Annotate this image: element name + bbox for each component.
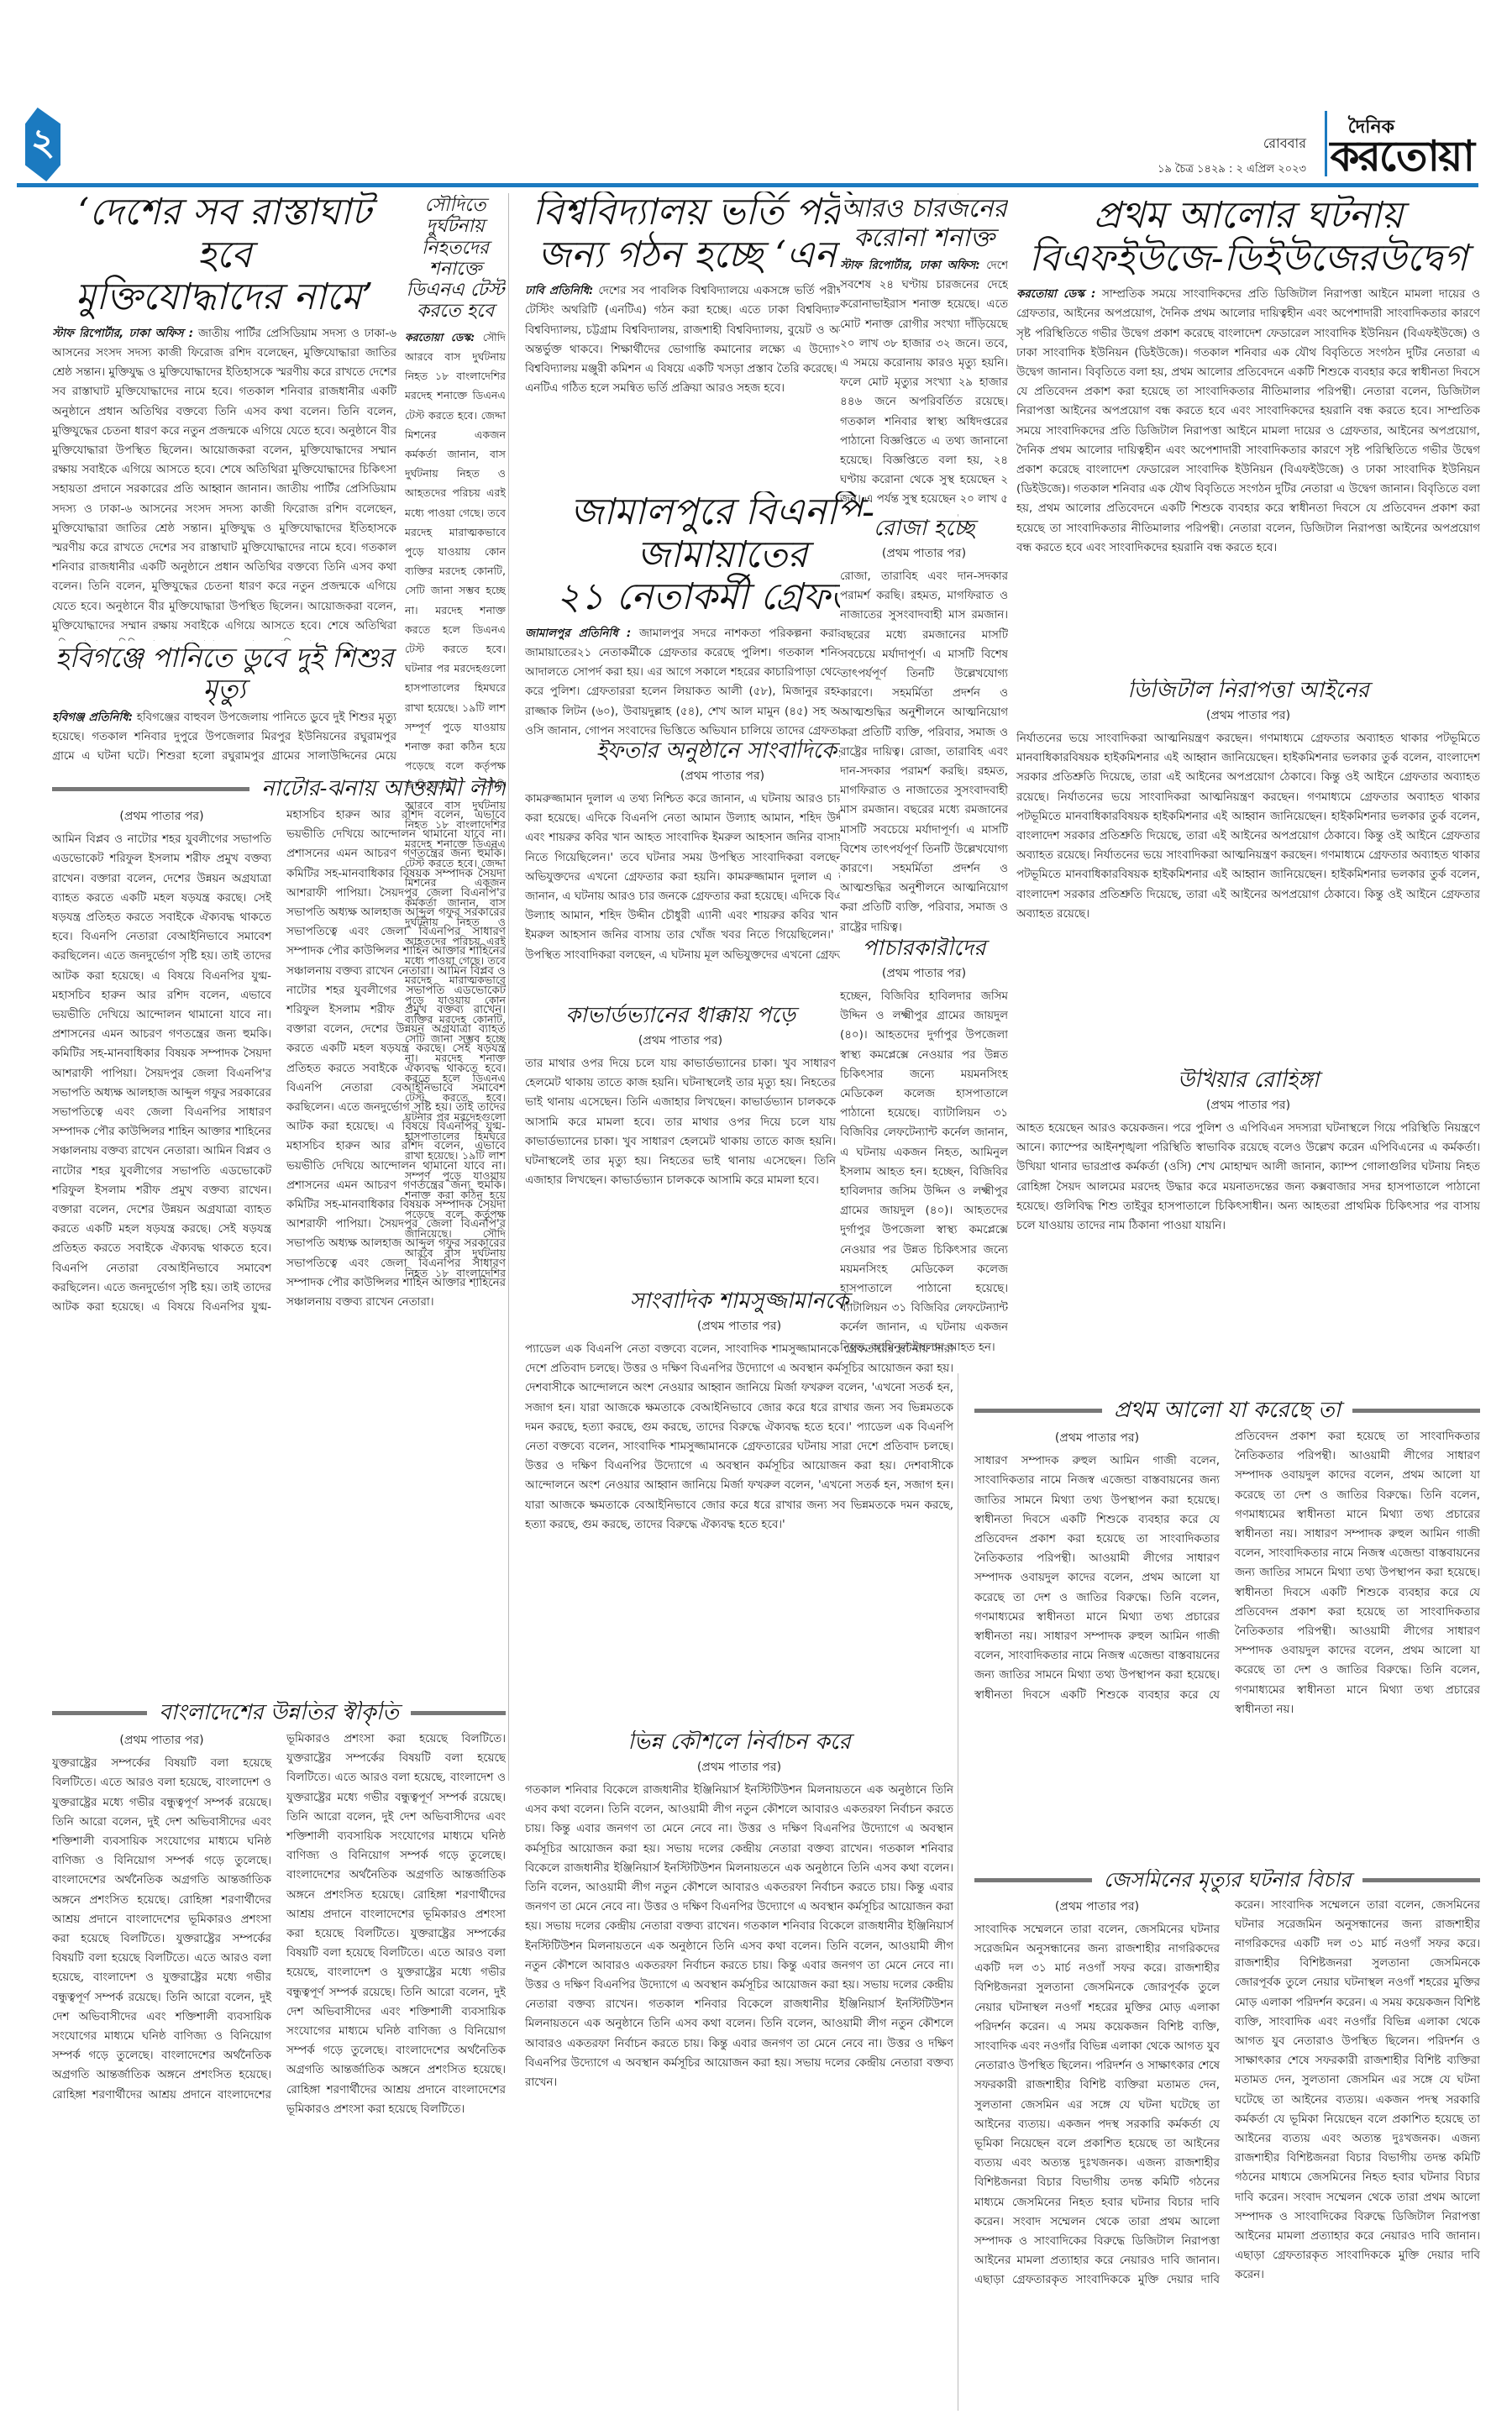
- article-body: নির্যাতনের ভয়ে সাংবাদিকরা আত্মনিয়ন্ত্র…: [1016, 729, 1480, 924]
- article-text: হচ্ছেন, বিজিবির হাবিলদার জসিম উদ্দিন ও ল…: [840, 990, 1008, 1178]
- article-body: গতকাল শনিবার বিকেলে রাজধানীর ইঞ্জিনিয়ার…: [525, 1781, 953, 2092]
- article-text: প্যাডেল এক বিএনপি নেতা বক্তব্যে বলেন, সা…: [525, 1343, 953, 1434]
- article-text: সাধারণ সম্পাদক রুহুল আমিন গাজী বলেন, সাং…: [1235, 1528, 1480, 1716]
- header-divider: [1325, 111, 1327, 176]
- article-roza: রোজা হচ্ছে (প্রথম পাতার পর) রোজা, তারাবি…: [840, 517, 1008, 937]
- article-text: যুক্তরাষ্ট্রের সম্পর্কের বিষয়টি বলা হয়…: [52, 1757, 271, 1945]
- article-shamsuzzaman: সাংবাদিক শামসুজ্জামানকে (প্রথম পাতার পর)…: [525, 1289, 953, 1726]
- article-body: করতোয়া ডেস্ক : সাম্প্রতিক সময়ে সাংবাদি…: [1016, 285, 1480, 558]
- article-text: সাম্প্রতিক সময়ে সাংবাদিকদের প্রতি ডিজিট…: [1016, 405, 1480, 554]
- headline: জেসমিনের মৃত্যুর ঘটনার বিচার: [1104, 1869, 1352, 1892]
- article-text: রোজা, তারাবিহ এবং দান-সদকার পরামর্শ করছি…: [840, 570, 1008, 758]
- article-text: সাংবাদিক সম্মেলনে তারা বলেন, জেসমিনের ঘট…: [1235, 1899, 1480, 2282]
- day-name: রোববার: [1263, 133, 1306, 155]
- dateline: ১৯ চৈত্র ১৪২৯ : ২ এপ্রিল ২০২৩: [1158, 161, 1306, 179]
- headline: প্রথম আলো যা করেছে তা: [1114, 1399, 1341, 1424]
- byline: স্টাফ রিপোর্টার, ঢাকা অফিস:: [840, 260, 980, 272]
- article-natore: নাটোর-ঝনায় আওয়ামী লীগ (প্রথম পাতার পর)…: [52, 777, 506, 1693]
- article-text: গতকাল শনিবার বিকেলে রাজধানীর ইঞ্জিনিয়ার…: [525, 1920, 953, 2011]
- continuation-note: (প্রথম পাতার পর): [1016, 706, 1480, 726]
- byline: স্টাফ রিপোর্টার, ঢাকা অফিস :: [52, 328, 193, 340]
- newspaper-page: ২ রোববার ১৯ চৈত্র ১৪২৯ : ২ এপ্রিল ২০২৩ দ…: [0, 0, 1512, 2430]
- headline-rule: [974, 1409, 1102, 1413]
- byline: ঢাবি প্রতিনিধি:: [525, 285, 593, 297]
- headline-rule: [1352, 1409, 1480, 1413]
- headline: ‘দেশের সব রাস্তাঘাট হবে: [52, 192, 396, 276]
- headline: বিএফইউজে-ডিইউজেরউদ্বেগ: [1016, 238, 1480, 281]
- article-roads: ‘দেশের সব রাস্তাঘাট হবে মুক্তিযোদ্ধাদের …: [52, 192, 396, 641]
- headline: বাংলাদেশের উন্নতির স্বীকৃতি: [159, 1701, 399, 1726]
- continuation-note: (প্রথম পাতার পর): [840, 963, 1008, 984]
- headline: মুক্তিযোদ্ধাদের নামে’: [52, 276, 396, 319]
- headline-row: প্রথম আলো যা করেছে তা: [974, 1399, 1480, 1424]
- headline-rule: [52, 1711, 147, 1715]
- article-prothom-alo: প্রথম আলো যা করেছে তা (প্রথম পাতার পর) স…: [974, 1399, 1480, 1945]
- article-text: জাতীয় পার্টির প্রেসিডিয়াম সদস্য ও ঢাকা…: [52, 483, 396, 641]
- masthead: ২ রোববার ১৯ চৈত্র ১৪২৯ : ২ এপ্রিল ২০২৩ দ…: [17, 101, 1478, 185]
- headline: পাচারকারীদের: [840, 937, 1008, 962]
- article-text: আমিন বিপ্লব ও নাটোর শহর যুবলীগের সভাপতি …: [52, 833, 271, 1157]
- article-body: স্টাফ রিপোর্টার, ঢাকা অফিস : জাতীয় পার্…: [52, 324, 396, 641]
- page-number-badge: ২: [25, 108, 60, 181]
- article-corona: আরও চারজনের করোনা শনাক্ত স্টাফ রিপোর্টার…: [840, 195, 1008, 514]
- headline-rule: [411, 1711, 506, 1715]
- continuation-note: (প্রথম পাতার পর): [52, 807, 271, 827]
- article-body: (প্রথম পাতার পর) যুক্তরাষ্ট্রের সম্পর্কে…: [52, 1729, 506, 2119]
- article-text: জাতীয় পার্টির প্রেসিডিয়াম সদস্য ও ঢাকা…: [52, 328, 396, 496]
- article-jesmin: জেসমিনের মৃত্যুর ঘটনার বিচার (প্রথম পাতা…: [974, 1869, 1480, 2415]
- article-text: যুক্তরাষ্ট্রের সম্পর্কের বিষয়টি বলা হয়…: [286, 1752, 506, 1940]
- byline: হবিগঞ্জ প্রতিনিধি:: [52, 711, 133, 724]
- byline: করতোয়া ডেস্ক:: [405, 331, 475, 344]
- headline: আরও চারজনের: [840, 195, 1008, 224]
- headline: রোজা হচ্ছে: [840, 517, 1008, 542]
- headline: নাটোর-ঝনায় আওয়ামী লীগ: [261, 777, 506, 802]
- article-bfuj: প্রথম আলোর ঘটনায় বিএফইউজে-ডিইউজেরউদ্বেগ…: [1016, 195, 1480, 674]
- continuation-note: (প্রথম পাতার পর): [840, 543, 1008, 564]
- column-divider: [508, 193, 509, 1781]
- article-text: প্যাডেল এক বিএনপি নেতা বক্তব্যে বলেন, সা…: [525, 1421, 953, 1531]
- headline-row: জেসমিনের মৃত্যুর ঘটনার বিচার: [974, 1869, 1480, 1892]
- article-body: স্টাফ রিপোর্টার, ঢাকা অফিস: দেশে সবশেষ ২…: [840, 256, 1008, 514]
- headline-row: নাটোর-ঝনায় আওয়ামী লীগ: [52, 777, 506, 802]
- article-text: দেশে সবশেষ ২৪ ঘণ্টায় চারজনের দেহে করোনা…: [840, 260, 1008, 514]
- page-number: ২: [31, 114, 55, 176]
- headline-rule: [52, 787, 249, 791]
- article-text: আমিন বিপ্লব ও নাটোর শহর যুবলীগের সভাপতি …: [286, 965, 506, 1309]
- article-dsa: ডিজিটাল নিরাপত্তা আইনের (প্রথম পাতার পর)…: [1016, 679, 1480, 1065]
- article-body: প্যাডেল এক বিএনপি নেতা বক্তব্যে বলেন, সা…: [525, 1340, 953, 1535]
- continuation-note: (প্রথম পাতার পর): [525, 1757, 953, 1777]
- article-text: সাংবাদিক সম্মেলনে তারা বলেন, জেসমিনের ঘট…: [974, 1899, 1264, 2287]
- headline: করোনা শনাক্ত: [840, 224, 1008, 254]
- header-rule: [17, 183, 1478, 187]
- article-habiganj: হবিগঞ্জে পানিতে ডুবে দুই শিশুর মৃত্যু হব…: [52, 643, 396, 769]
- article-text: সাধারণ সম্পাদক রুহুল আমিন গাজী বলেন, সাং…: [974, 1455, 1220, 1643]
- headline: ভিন্ন কৌশলে নির্বাচন করে: [525, 1730, 953, 1756]
- article-body: আহত হয়েছেন আরও কয়েকজন। পরে পুলিশ ও এপি…: [1016, 1119, 1480, 1236]
- continuation-note: (প্রথম পাতার পর): [1016, 1095, 1480, 1115]
- article-text: সাম্প্রতিক সময়ে সাংবাদিকদের প্রতি ডিজিট…: [1016, 288, 1480, 417]
- headline-row: বাংলাদেশের উন্নতির স্বীকৃতি: [52, 1701, 506, 1726]
- article-text: যুক্তরাষ্ট্রের সম্পর্কের বিষয়টি বলা হয়…: [286, 1928, 506, 2116]
- headline: সাংবাদিক শামসুজ্জামানকে: [525, 1289, 953, 1315]
- continuation-note: (প্রথম পাতার পর): [52, 1731, 271, 1750]
- article-body: (প্রথম পাতার পর) সাংবাদিক সম্মেলনে তারা …: [974, 1896, 1480, 2291]
- headline: কাভার্ডভ্যানের ধাক্কায় পড়ে: [525, 1004, 836, 1029]
- headline: হবিগঞ্জে পানিতে ডুবে দুই শিশুর মৃত্যু: [52, 643, 396, 705]
- byline: করতোয়া ডেস্ক :: [1016, 288, 1095, 301]
- headline: ডিজিটাল নিরাপত্তা আইনের: [1016, 679, 1480, 704]
- article-bhinno: ভিন্ন কৌশলে নির্বাচন করে (প্রথম পাতার পর…: [525, 1730, 953, 2415]
- article-text: আহত হয়েছেন আরও কয়েকজন। পরে পুলিশ ও এপি…: [1016, 1122, 1480, 1232]
- article-text: রোজা, তারাবিহ এবং দান-সদকার পরামর্শ করছি…: [840, 746, 1008, 934]
- article-covered-van: কাভার্ডভ্যানের ধাক্কায় পড়ে (প্রথম পাতা…: [525, 1004, 836, 1256]
- logo-karatoa: করতোয়া: [1330, 133, 1473, 180]
- headline-rule: [974, 1878, 1092, 1882]
- article-unnati: বাংলাদেশের উন্নতির স্বীকৃতি (প্রথম পাতার…: [52, 1701, 506, 2415]
- continuation-note: (প্রথম পাতার পর): [974, 1897, 1220, 1917]
- continuation-note: (প্রথম পাতার পর): [974, 1429, 1220, 1448]
- article-text: গতকাল শনিবার বিকেলে রাজধানীর ইঞ্জিনিয়ার…: [525, 1998, 953, 2089]
- article-body: (প্রথম পাতার পর) সাধারণ সম্পাদক রুহুল আম…: [974, 1427, 1480, 1719]
- headline: সৌদিতে দুর্ঘটনায় নিহতদের শনাক্তে ডিএনএ …: [405, 195, 506, 323]
- article-text: সৌদি আরবে বাস দুর্ঘটনায় নিহত ১৮ বাংলাদে…: [405, 331, 506, 792]
- continuation-note: (প্রথম পাতার পর): [525, 1316, 953, 1336]
- article-body: তার মাথার ওপর দিয়ে চলে যায় কাভার্ডভ্যা…: [525, 1054, 836, 1190]
- article-ukhia: উখিয়ার রোহিঙ্গা (প্রথম পাতার পর) আহত হয…: [1016, 1068, 1480, 1396]
- continuation-note: (প্রথম পাতার পর): [525, 1031, 836, 1051]
- headline-rule: [1362, 1878, 1480, 1882]
- headline: প্রথম আলোর ঘটনায়: [1016, 195, 1480, 238]
- article-body: (প্রথম পাতার পর) আমিন বিপ্লব ও নাটোর শহর…: [52, 806, 506, 1317]
- headline: উখিয়ার রোহিঙ্গা: [1016, 1068, 1480, 1094]
- article-body: হবিগঞ্জ প্রতিনিধি: হবিগঞ্জের বাহুবল উপজে…: [52, 708, 396, 769]
- article-body: রোজা, তারাবিহ এবং দান-সদকার পরামর্শ করছি…: [840, 567, 1008, 937]
- byline: জামালপুর প্রতিনিধি :: [525, 627, 631, 640]
